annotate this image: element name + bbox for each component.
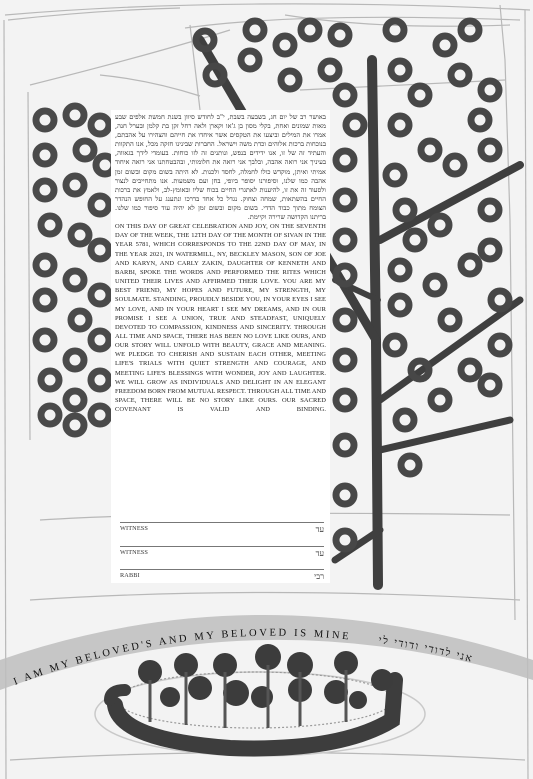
left-tree	[36, 106, 114, 434]
signature-line-witness-2[interactable]: WITNESS עד	[120, 546, 324, 561]
english-text: On this day of great celebration and joy…	[115, 222, 326, 414]
boat-illustration	[95, 644, 425, 756]
signature-label-he: עד	[316, 549, 324, 558]
signature-line-rabbi[interactable]: RABBI רבי	[120, 569, 324, 584]
hebrew-text: באושר רב של יום חג, בשבעה בשבת, י"ב לחוד…	[115, 113, 326, 222]
signature-label-he: רבי	[314, 572, 324, 581]
signature-label-en: WITNESS	[120, 525, 148, 532]
signature-label-en: RABBI	[120, 572, 140, 579]
signature-label-he: עד	[316, 525, 324, 534]
ketubah-text-panel: באושר רב של יום חג, בשבעה בשבת, י"ב לחוד…	[111, 110, 330, 583]
signature-label-en: WITNESS	[120, 549, 148, 556]
signature-line-witness-1[interactable]: WITNESS עד	[120, 522, 324, 537]
